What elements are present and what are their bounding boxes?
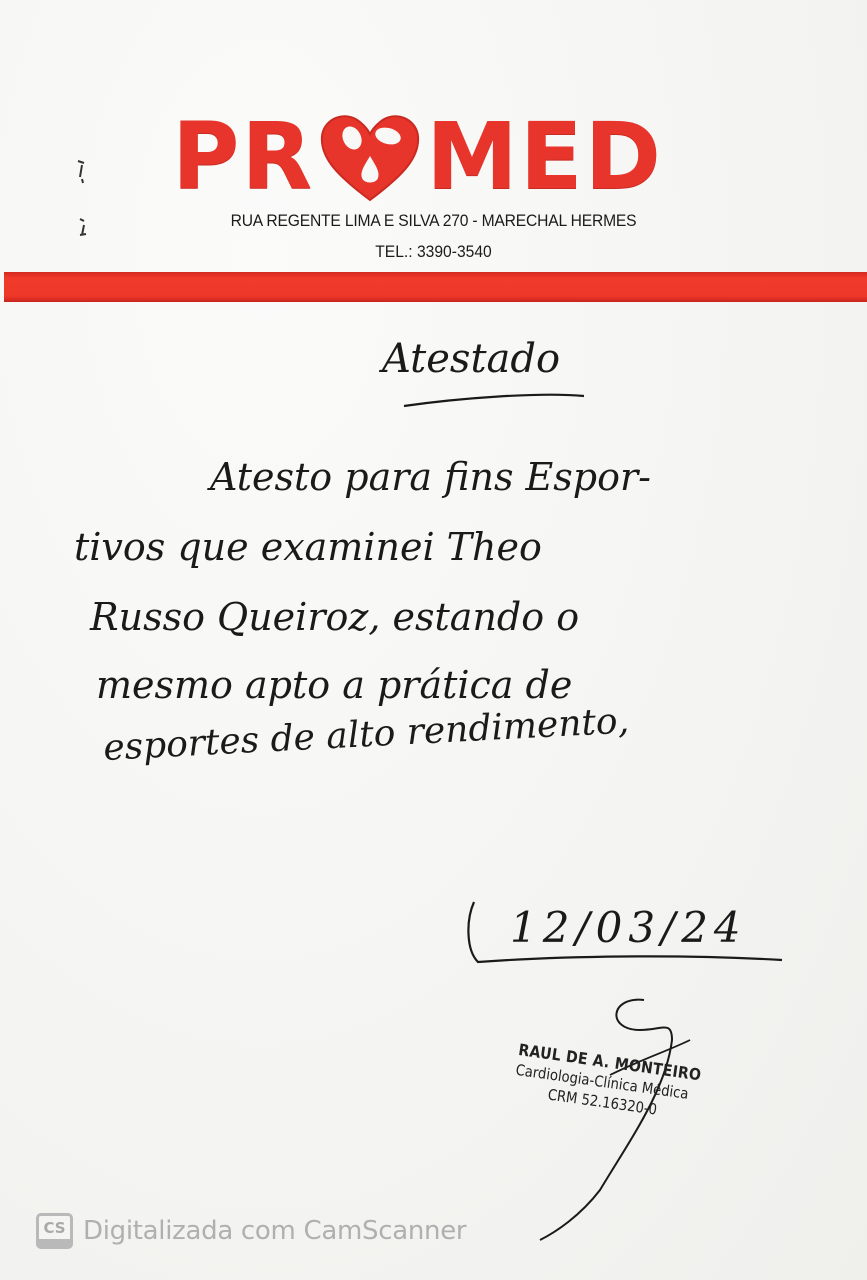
- watermark-text: Digitalizada com CamScanner: [83, 1216, 466, 1246]
- handwritten-date: 12/03/24: [510, 903, 747, 952]
- camscanner-logo-icon: CS: [36, 1213, 73, 1249]
- handwritten-line-2: tivos que examinei Theo: [74, 525, 542, 569]
- handwritten-line-1: Atesto para fins Espor-: [207, 455, 651, 499]
- handwritten-line-3: Russo Queiroz, estando o: [89, 595, 579, 639]
- handwritten-line-4: mesmo apto a prática de: [96, 663, 572, 707]
- camscanner-watermark: CS Digitalizada com CamScanner: [36, 1211, 466, 1251]
- title-underline: [404, 395, 584, 406]
- handwritten-title: Atestado: [378, 336, 560, 382]
- handwritten-line-5: esportes de alto rendimento,: [102, 701, 630, 769]
